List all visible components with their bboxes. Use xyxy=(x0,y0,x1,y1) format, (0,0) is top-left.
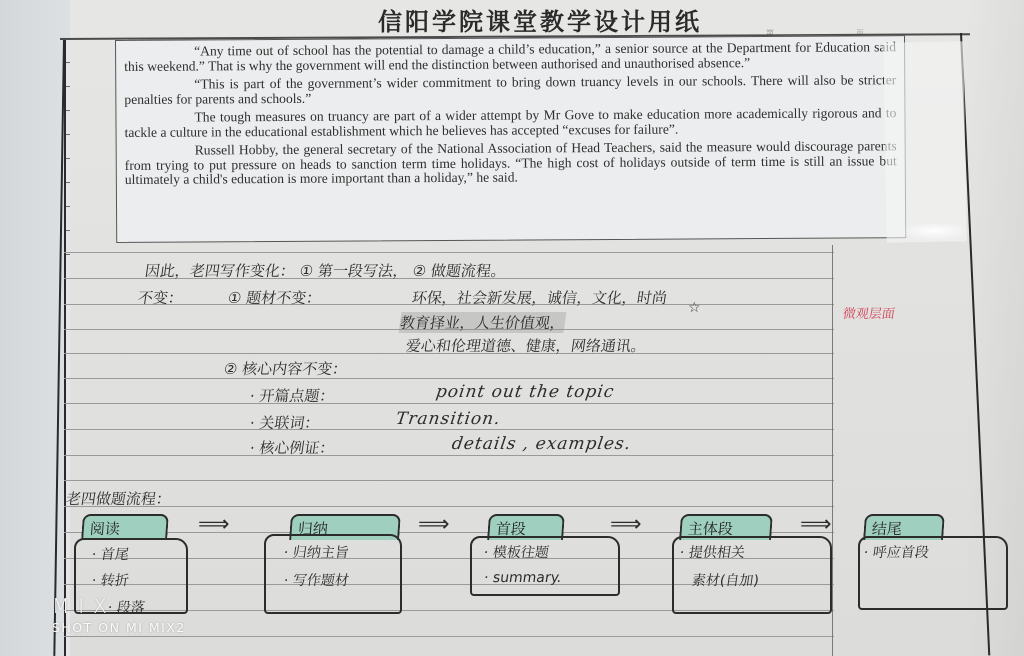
core-content-heading: ② 核心内容不变： xyxy=(223,358,349,379)
flow-step-item: · 归纳主旨 xyxy=(283,542,351,562)
ruled-line xyxy=(64,252,834,253)
note-topics-1: 环保，社会新发展，诚信，文化，时尚 xyxy=(411,287,669,308)
camera-watermark-brand: MIX xyxy=(52,594,116,618)
article-paragraph: The tough measures on truancy are part o… xyxy=(124,106,896,140)
core-item-english: point out the topic xyxy=(435,382,616,402)
core-item-label: · 开篇点题： xyxy=(249,385,336,406)
tape-strip xyxy=(883,41,966,242)
flow-heading: 老四做题流程： xyxy=(65,488,173,509)
flow-step-item: · 首尾 xyxy=(91,544,131,564)
core-item-label: · 关联词： xyxy=(249,412,321,433)
double-arrow-icon: ⟹ xyxy=(800,512,829,537)
printed-article-clipping: “Any time out of school has the potentia… xyxy=(115,35,906,243)
double-arrow-icon: ⟹ xyxy=(418,512,447,537)
margin-line xyxy=(832,245,833,656)
double-arrow-icon: ⟹ xyxy=(610,512,639,537)
page-title: 信阳学院课堂教学设计用纸 xyxy=(260,2,820,37)
double-arrow-icon: ⟹ xyxy=(198,512,227,537)
ruled-line xyxy=(64,378,834,379)
flow-step-title: 阅读 xyxy=(81,514,169,540)
article-paragraph: Russell Hobby, the general secretary of … xyxy=(125,139,897,187)
flow-step-item: · 模板往题 xyxy=(483,542,551,562)
flow-step-item: · 转折 xyxy=(91,570,131,590)
note-unchanged-label: 不变： xyxy=(137,287,185,308)
flow-step-item: · 提供相关 xyxy=(679,542,747,562)
camera-watermark-caption: SHOT ON MI MIX2 xyxy=(52,620,186,635)
note-line-changes: 因此，老四写作变化： ① 第一段写法， ② 做题流程。 xyxy=(144,260,508,281)
ruled-line xyxy=(64,403,834,404)
article-paragraph: “This is part of the government’s wider … xyxy=(124,73,896,107)
flow-step-item: · 呼应首段 xyxy=(863,542,931,562)
note-theme-item: ① 题材不变： xyxy=(227,287,323,308)
side-note-micro-level: 微观层面 xyxy=(842,303,897,322)
note-topics-3: 爱心和伦理道德、健康，网络通讯。 xyxy=(405,335,648,356)
light-glare xyxy=(900,222,970,240)
core-item-label: · 核心例证： xyxy=(249,437,336,458)
ruled-line xyxy=(64,455,834,456)
note-topics-2: 教育择业，人生价值观， xyxy=(399,312,567,333)
star-icon: ☆ xyxy=(688,300,701,316)
core-item-english: details , examples. xyxy=(451,434,633,454)
core-item-english: Transition. xyxy=(395,409,502,429)
flow-step-item: 素材(自加) xyxy=(691,570,761,590)
ruled-line xyxy=(64,480,834,481)
ruled-line xyxy=(64,636,834,637)
article-paragraph: “Any time out of school has the potentia… xyxy=(124,40,896,74)
ruled-line xyxy=(64,506,834,507)
flow-step-item: · 写作题材 xyxy=(283,570,351,590)
flow-step-item: · summary. xyxy=(483,570,563,586)
ruled-line xyxy=(64,429,834,430)
